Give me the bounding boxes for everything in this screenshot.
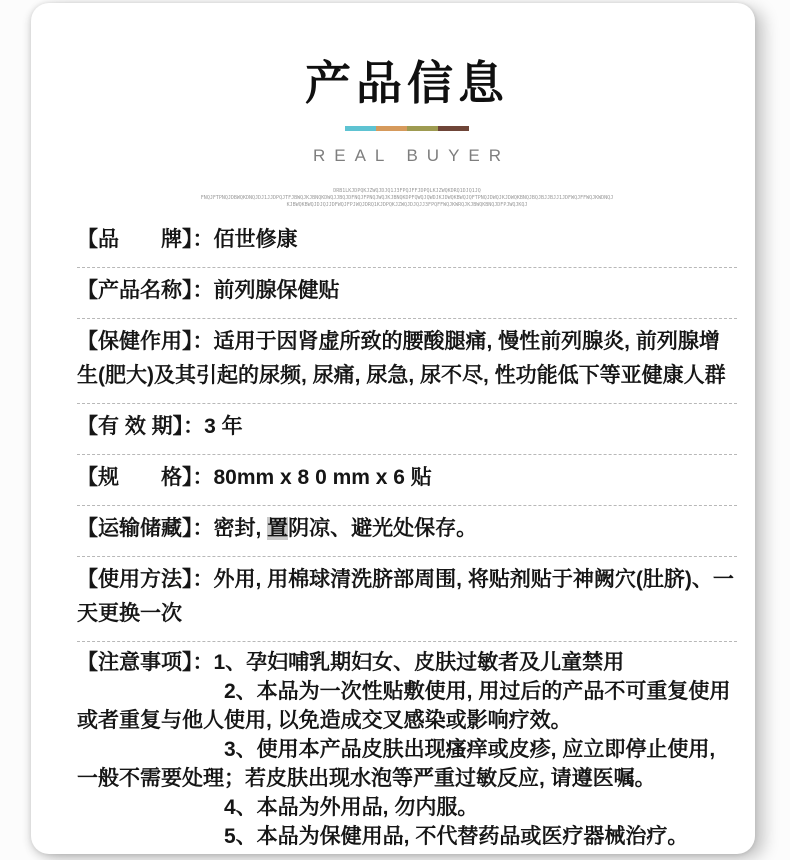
divider-segment <box>345 126 376 131</box>
field-value: 密封, 置阴凉、避光处保存。 <box>214 517 478 540</box>
info-row: 【品 牌】：佰世修康 <box>77 217 737 268</box>
subtitle: REAL BUYER <box>77 146 737 166</box>
field-label: 【规 格】： <box>77 466 214 489</box>
field-value: 佰世修康 <box>214 228 298 251</box>
fine-print-line: DRB1LKJDPQKJZWQJDJQ1J3FPQJFFJDPQLKJZWQKD… <box>77 188 737 195</box>
field-value: 80mm x 8 0 mm x 6 贴 <box>214 466 432 489</box>
fine-print-line: KJBWQKBWQJDJQJJDFWQJFPJWQJDRQ1KJDPQKJZWQ… <box>77 202 737 209</box>
info-row: 【规 格】：80mm x 8 0 mm x 6 贴 <box>77 455 737 506</box>
info-row: 【运输储藏】：密封, 置阴凉、避光处保存。 <box>77 506 737 557</box>
field-label: 【使用方法】： <box>77 568 214 591</box>
highlighted-char: 置 <box>267 517 288 540</box>
fine-print-line: FNQJFTPNQJDBWQKDNQJDJ1JJDPQJTFJBWQJKJBNQ… <box>77 195 737 202</box>
notice-item: 2、本品为一次性贴敷使用, 用过后的产品不可重复使用或者重复与他人使用, 以免造… <box>77 677 737 735</box>
field-label: 【品 牌】： <box>77 228 214 251</box>
title-divider <box>345 126 469 131</box>
notice-item: 4、本品为外用品, 勿内服。 <box>77 793 737 822</box>
field-label: 【产品名称】： <box>77 279 214 302</box>
divider-segment <box>438 126 469 131</box>
divider-segment <box>407 126 438 131</box>
card-content: 产品信息 REAL BUYER DRB1LKJDPQKJZWQJDJQ1J3FP… <box>31 47 755 860</box>
notice-item: 3、使用本产品皮肤出现瘙痒或皮疹, 应立即停止使用, 一般不需要处理；若皮肤出现… <box>77 735 737 793</box>
field-label: 【保健作用】： <box>77 330 214 353</box>
field-value: 1、孕妇哺乳期妇女、皮肤过敏者及儿童禁用 <box>214 651 625 674</box>
field-label: 【注意事项】： <box>77 651 214 674</box>
info-list: 【品 牌】：佰世修康【产品名称】：前列腺保健贴【保健作用】：适用于因肾虚所致的腰… <box>77 217 737 860</box>
fine-print: DRB1LKJDPQKJZWQJDJQ1J3FPQJFFJDPQLKJZWQKD… <box>77 188 737 209</box>
field-value: 前列腺保健贴 <box>214 279 340 302</box>
field-label: 【有 效 期】： <box>77 415 204 438</box>
field-value: 3 年 <box>204 415 243 438</box>
divider-segment <box>376 126 407 131</box>
product-info-card: 产品信息 REAL BUYER DRB1LKJDPQKJZWQJDJQ1J3FP… <box>31 3 755 854</box>
info-row: 【产品名称】：前列腺保健贴 <box>77 268 737 319</box>
info-row: 【注意事项】：1、孕妇哺乳期妇女、皮肤过敏者及儿童禁用2、本品为一次性贴敷使用,… <box>77 642 737 860</box>
info-row: 【保健作用】：适用于因肾虚所致的腰酸腿痛, 慢性前列腺炎, 前列腺增生(肥大)及… <box>77 319 737 404</box>
info-row: 【有 效 期】：3 年 <box>77 404 737 455</box>
page: 产品信息 REAL BUYER DRB1LKJDPQKJZWQJDJQ1J3FP… <box>0 0 790 860</box>
field-label: 【运输储藏】： <box>77 517 214 540</box>
page-title: 产品信息 <box>77 47 737 113</box>
info-row: 【使用方法】：外用, 用棉球清洗脐部周围, 将贴剂贴于神阙穴(肚脐)、一天更换一… <box>77 557 737 642</box>
notice-item: 5、本品为保健用品, 不代替药品或医疗器械治疗。 <box>77 822 737 851</box>
